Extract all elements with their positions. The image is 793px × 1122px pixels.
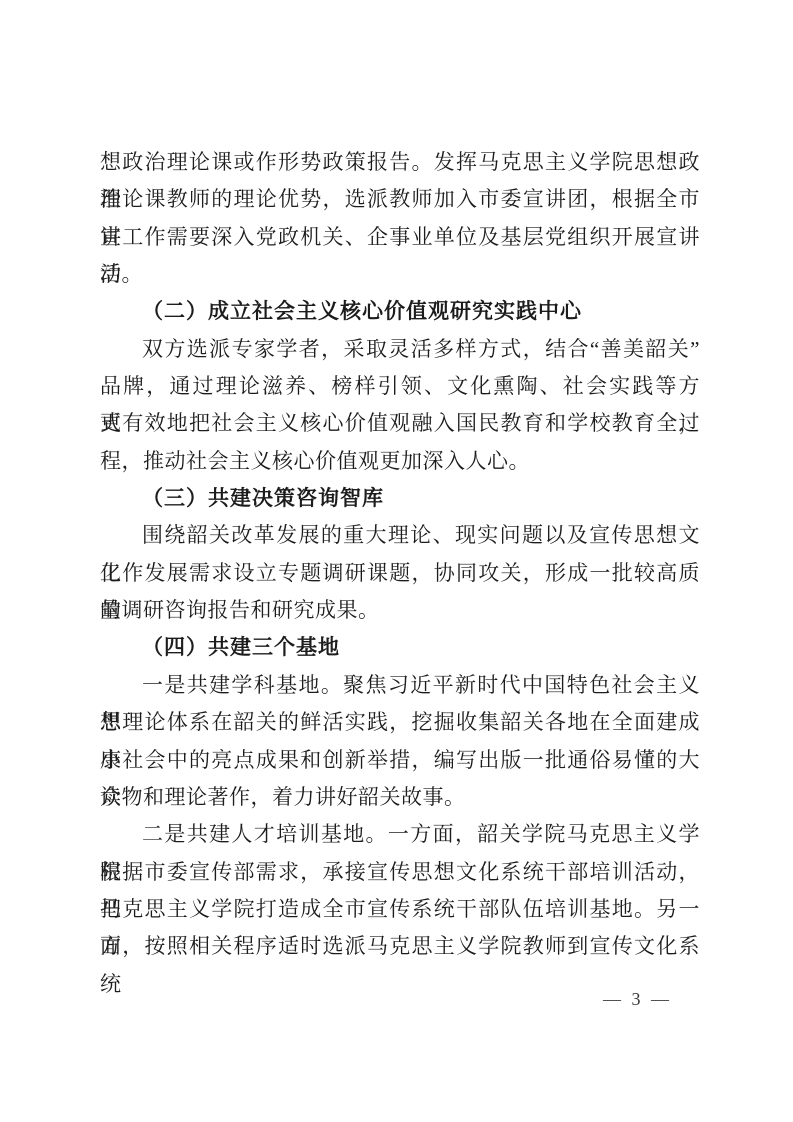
paragraph-line: 二是共建人才培训基地。一方面，韶关学院马克思主义学院 [100, 816, 700, 853]
section-heading: （二）成立社会主义核心价值观研究实践中心 [100, 293, 700, 330]
paragraph-line: 康社会中的亮点成果和创新举措，编写出版一批通俗易懂的大众 [100, 742, 700, 779]
document-page: 想政治理论课或作形势政策报告。发挥马克思主义学院思想政治理论课教师的理论优势，选… [0, 0, 793, 1122]
section-heading: （三）共建决策咨询智库 [100, 480, 700, 517]
paragraph-line: 围绕韶关改革发展的重大理论、现实问题以及宣传思想文化 [100, 517, 700, 554]
page-number: — 3 — [100, 989, 672, 1010]
paragraph-line: 品牌，通过理论滋养、榜样引领、文化熏陶、社会实践等方式， [100, 368, 700, 405]
paragraph-line: 双方选派专家学者，采取灵活多样方式，结合“善美韶关” [100, 331, 700, 368]
paragraph-line: 根据市委宣传部需求，承接宣传思想文化系统干部培训活动，把 [100, 854, 700, 891]
paragraph-line: 想理论体系在韶关的鲜活实践，挖掘收集韶关各地在全面建成小 [100, 704, 700, 741]
paragraph-line: 工作发展需求设立专题调研课题，协同攻关，形成一批较高质量 [100, 555, 700, 592]
paragraph-line: 更有效地把社会主义核心价值观融入国民教育和学校教育全过 [100, 405, 700, 442]
paragraph-line: 动。 [100, 256, 700, 293]
section-heading: （四）共建三个基地 [100, 629, 700, 666]
paragraph-line: 读物和理论著作，着力讲好韶关故事。 [100, 779, 700, 816]
paragraph-line: 马克思主义学院打造成全市宣传系统干部队伍培训基地。另一方 [100, 891, 700, 928]
paragraph-line: 面，按照相关程序适时选派马克思主义学院教师到宣传文化系统 [100, 928, 700, 965]
paragraph-line: 一是共建学科基地。聚焦习近平新时代中国特色社会主义思 [100, 667, 700, 704]
document-body: 想政治理论课或作形势政策报告。发挥马克思主义学院思想政治理论课教师的理论优势，选… [100, 144, 700, 966]
paragraph-line: 理论课教师的理论优势，选派教师加入市委宣讲团，根据全市宣 [100, 181, 700, 218]
paragraph-line: 程，推动社会主义核心价值观更加深入人心。 [100, 443, 700, 480]
paragraph-line: 的调研咨询报告和研究成果。 [100, 592, 700, 629]
paragraph-line: 想政治理论课或作形势政策报告。发挥马克思主义学院思想政治 [100, 144, 700, 181]
paragraph-line: 讲工作需要深入党政机关、企事业单位及基层党组织开展宣讲活 [100, 219, 700, 256]
